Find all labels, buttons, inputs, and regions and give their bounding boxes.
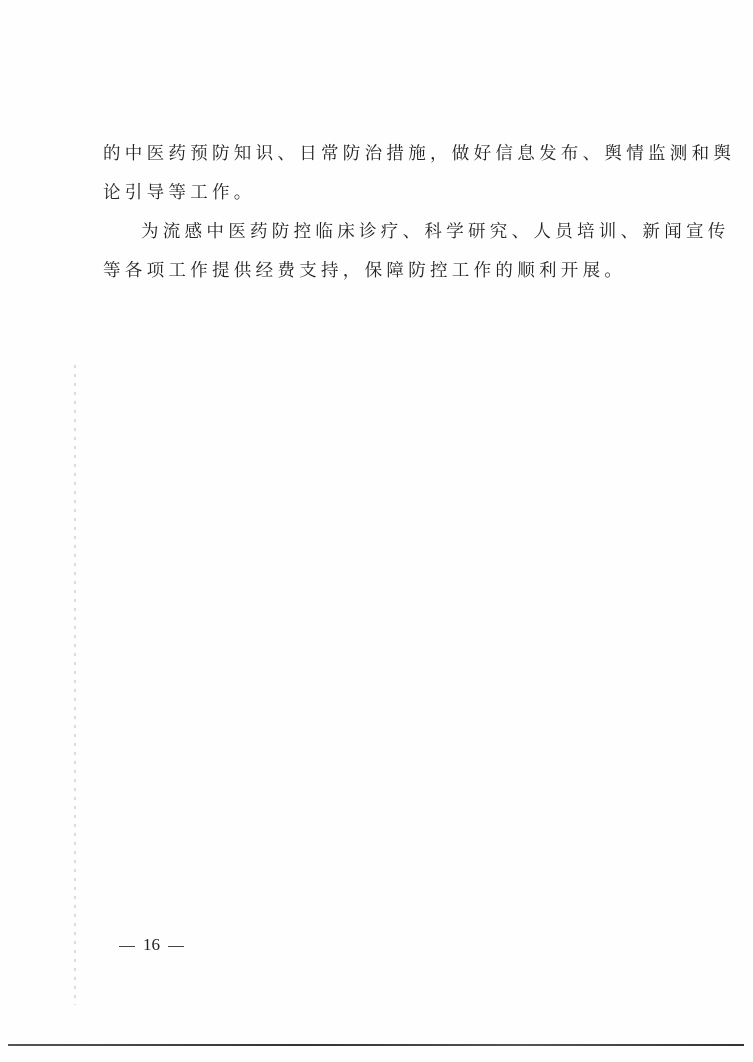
paragraph-1-line-1: 的中医药预防知识、日常防治措施，做好信息发布、舆情监测和舆 xyxy=(103,142,643,166)
paragraph-2-line-2: 等各项工作提供经费支持，保障防控工作的顺利开展。 xyxy=(103,259,643,283)
bottom-rule-line xyxy=(8,1044,744,1046)
dash-left xyxy=(119,946,135,947)
binding-margin-marks xyxy=(74,365,76,1005)
paragraph-1-line-2: 论引导等工作。 xyxy=(103,181,643,205)
paragraph-2-line-1: 为流感中医药防控临床诊疗、科学研究、人员培训、新闻宣传 xyxy=(141,220,681,244)
page-number-value: 16 xyxy=(143,935,160,954)
page-number: 16 xyxy=(111,935,192,955)
document-page: 的中医药预防知识、日常防治措施，做好信息发布、舆情监测和舆 论引导等工作。 为流… xyxy=(0,0,753,1062)
dash-right xyxy=(168,946,184,947)
